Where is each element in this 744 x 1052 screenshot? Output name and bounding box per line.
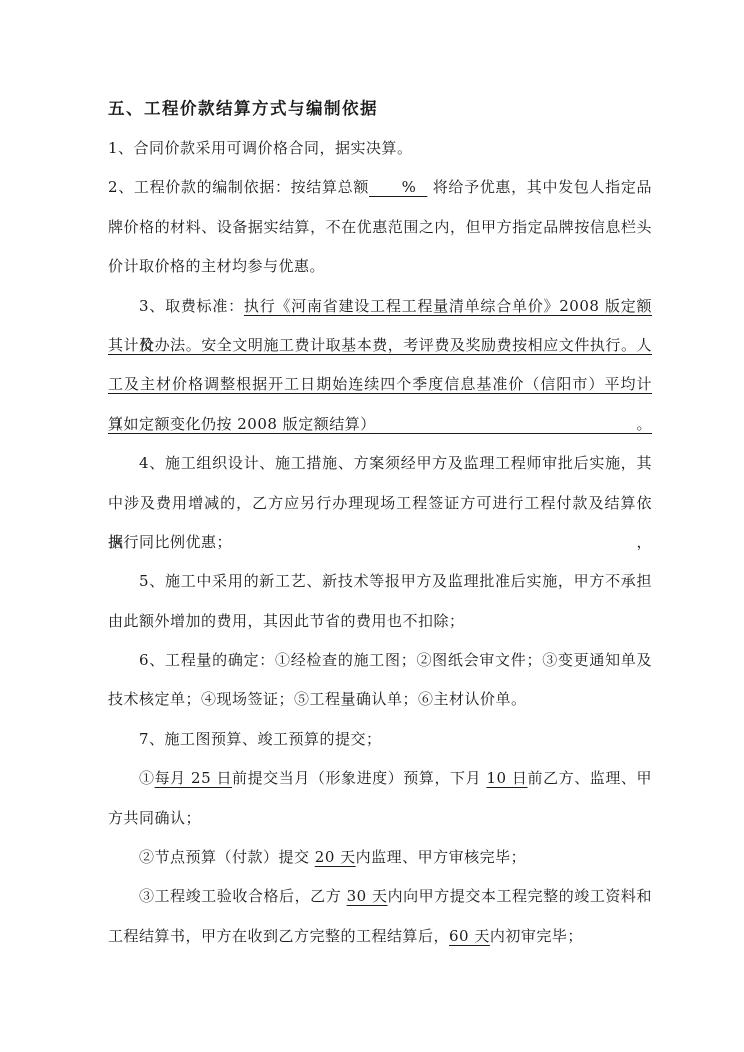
text-segment: 工程结算书，甲方在收到乙方完整的工程结算后， — [108, 927, 449, 945]
text-segment: ②节点预算（付款）提交 — [139, 848, 315, 866]
underlined-text: 20 天 — [315, 848, 356, 866]
text-line: 工及主材价格调整根据开工日期始连续四个季度信息基准价（信阳市）平均计算。 — [108, 365, 652, 404]
text-segment: 2、工程价款的编制依据：按结算总额 — [108, 178, 369, 196]
text-segment: 方共同确认； — [108, 809, 201, 827]
scanned-contract-page: { "page": { "background": "#ffffff", "te… — [0, 0, 744, 1052]
text-segment: 5、施工中采用的新工艺、新技术等报甲方及监理批准后实施，甲方不承担 — [139, 572, 652, 590]
text-line: 其计价办法。安全文明施工费计取基本费，考评费及奖励费按相应文件执行。人 — [108, 326, 652, 365]
text-line: 价计取价格的主材均参与优惠。 — [108, 247, 652, 286]
underlined-text: （如定额变化仍按 2008 版定额结算） — [108, 415, 376, 433]
text-segment: 1、合同价款采用可调价格合同，据实决算。 — [108, 139, 413, 157]
text-segment: 7、施工图预算、竣工预算的提交； — [139, 730, 382, 748]
text-segment: ① — [139, 769, 155, 787]
text-segment: 技术核定单；④现场签证；⑤工程量确认单；⑥主材认价单。 — [108, 690, 527, 708]
text-line: 7、施工图预算、竣工预算的提交； — [108, 720, 652, 759]
blank-fill-in: % — [369, 178, 427, 196]
text-segment: 执行同比例优惠； — [108, 533, 232, 551]
text-line: 中涉及费用增减的，乙方应另行办理现场工程签证方可进行工程付款及结算依据， — [108, 484, 652, 523]
text-line: 2、工程价款的编制依据：按结算总额 % 将给予优惠，其中发包人指定品 — [108, 168, 652, 207]
document-body: 五、工程价款结算方式与编制依据 1、合同价款采用可调价格合同，据实决算。2、工程… — [108, 88, 652, 956]
underlined-text: 60 天 — [449, 927, 490, 945]
underlined-text: 10 日 — [487, 769, 528, 787]
text-line: 1、合同价款采用可调价格合同，据实决算。 — [108, 129, 652, 168]
text-line: 5、施工中采用的新工艺、新技术等报甲方及监理批准后实施，甲方不承担 — [108, 562, 652, 601]
text-segment: ③工程竣工验收合格后，乙方 — [139, 887, 347, 905]
text-line: ②节点预算（付款）提交 20 天内监理、甲方审核完毕； — [108, 838, 652, 877]
text-line: 由此额外增加的费用，其因此节省的费用也不扣除； — [108, 602, 652, 641]
text-segment: 6、工程量的确定：①经检查的施工图；②图纸会审文件；③变更通知单及 — [139, 651, 652, 669]
text-segment: 内初审完毕； — [490, 927, 583, 945]
text-line: 4、施工组织设计、施工措施、方案须经甲方及监理工程师审批后实施，其 — [108, 444, 652, 483]
underlined-text: 其计价办法。安全文明施工费计取基本费，考评费及奖励费按相应文件执行。人 — [108, 336, 652, 354]
text-segment: 将给予优惠，其中发包人指定品 — [427, 178, 652, 196]
text-segment: 3、取费标准： — [139, 297, 244, 315]
text-segment: 内向甲方提交本工程完整的竣工资料和 — [388, 887, 652, 905]
text-segment: 牌价格的材料、设备据实结算，不在优惠范围之内，但甲方指定品牌按信息栏头 — [108, 218, 652, 236]
text-segment: 前乙方、监理、甲 — [528, 769, 652, 787]
underlined-text: 30 天 — [347, 887, 388, 905]
text-line: ①每月 25 日前提交当月（形象进度）预算，下月 10 日前乙方、监理、甲 — [108, 759, 652, 798]
text-line: 6、工程量的确定：①经检查的施工图；②图纸会审文件；③变更通知单及 — [108, 641, 652, 680]
text-segment: 内监理、甲方审核完毕； — [356, 848, 527, 866]
underlined-text: 每月 25 日 — [155, 769, 232, 787]
text-line: 技术核定单；④现场签证；⑤工程量确认单；⑥主材认价单。 — [108, 680, 652, 719]
paragraph-lines: 1、合同价款采用可调价格合同，据实决算。2、工程价款的编制依据：按结算总额 % … — [108, 129, 652, 956]
section-heading: 五、工程价款结算方式与编制依据 — [108, 88, 652, 129]
text-line: 3、取费标准：执行《河南省建设工程工程量清单综合单价》2008 版定额及 — [108, 287, 652, 326]
text-segment: 4、施工组织设计、施工措施、方案须经甲方及监理工程师审批后实施，其 — [139, 454, 652, 472]
text-segment: 由此额外增加的费用，其因此节省的费用也不扣除； — [108, 612, 465, 630]
text-line: 牌价格的材料、设备据实结算，不在优惠范围之内，但甲方指定品牌按信息栏头 — [108, 208, 652, 247]
text-line: 工程结算书，甲方在收到乙方完整的工程结算后，60 天内初审完毕； — [108, 917, 652, 956]
text-line: 方共同确认； — [108, 799, 652, 838]
text-line: ③工程竣工验收合格后，乙方 30 天内向甲方提交本工程完整的竣工资料和 — [108, 877, 652, 916]
text-segment: 前提交当月（形象进度）预算，下月 — [232, 769, 486, 787]
text-segment: 价计取价格的主材均参与优惠。 — [108, 257, 325, 275]
